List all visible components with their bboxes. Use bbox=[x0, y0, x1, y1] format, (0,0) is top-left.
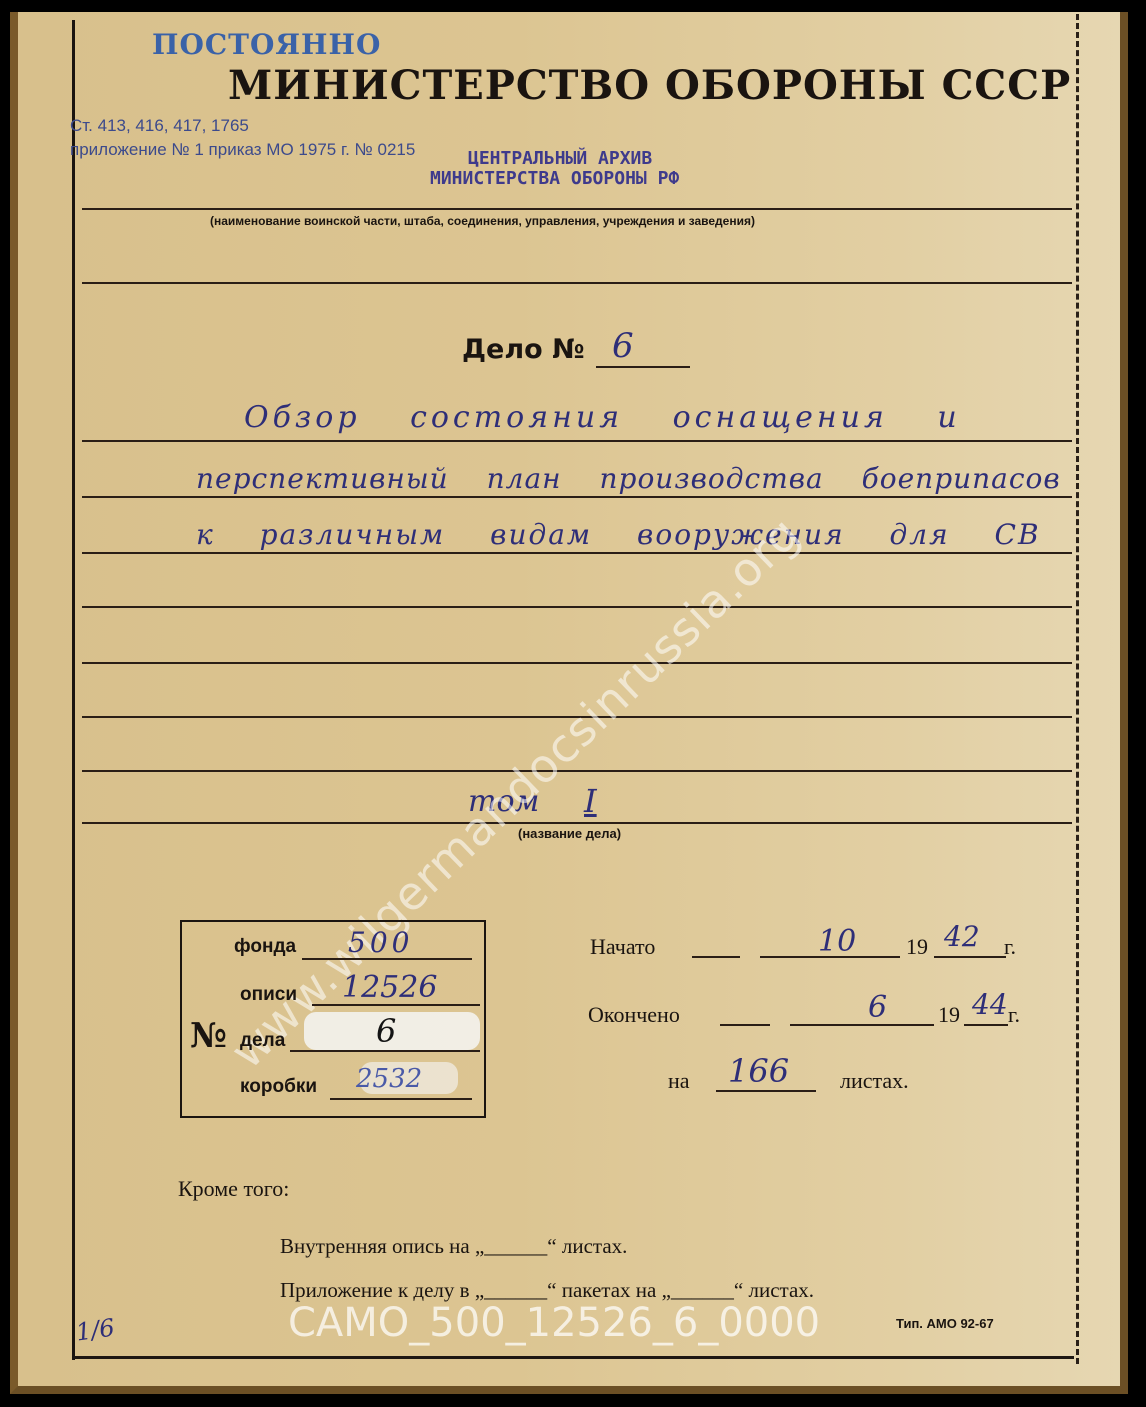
started-year-underline bbox=[934, 956, 1006, 958]
box-value: 2532 bbox=[356, 1064, 422, 1094]
volume-rule bbox=[82, 822, 1072, 824]
file-id-watermark: CAMO_500_12526_6_0000 bbox=[288, 1300, 820, 1346]
delo-underline bbox=[290, 1050, 480, 1052]
ended-year-prefix: 19 bbox=[938, 1002, 960, 1028]
articles-line: Ст. 413, 416, 417, 1765 bbox=[70, 116, 249, 136]
unit-caption: (наименование воинской части, штаба, сое… bbox=[210, 214, 755, 228]
printer-mark: Тип. АМО 92-67 bbox=[896, 1316, 994, 1331]
box-label: коробки bbox=[240, 1076, 317, 1098]
box-underline bbox=[330, 1098, 472, 1100]
title-caption: (название дела) bbox=[518, 826, 621, 841]
internal-inventory-line: Внутренняя опись на „______“ листах. bbox=[280, 1234, 627, 1259]
started-year-prefix: 19 bbox=[906, 934, 928, 960]
title-rule-1 bbox=[82, 440, 1072, 442]
archive-stamp-line1: ЦЕНТРАЛЬНЫЙ АРХИВ bbox=[468, 148, 652, 169]
permanent-stamp: ПОСТОЯННО bbox=[152, 28, 381, 61]
frame-left-border bbox=[72, 20, 75, 1360]
sheets-suffix: листах. bbox=[840, 1068, 909, 1094]
delo-value: 6 bbox=[376, 1012, 396, 1050]
unit-name-rule bbox=[82, 208, 1072, 210]
ended-suffix: г. bbox=[1008, 1002, 1020, 1028]
number-sign: № bbox=[190, 1016, 227, 1056]
rule-2 bbox=[82, 282, 1072, 284]
case-number-value: 6 bbox=[612, 326, 634, 366]
frame-bottom-border bbox=[74, 1356, 1074, 1359]
order-line: приложение № 1 приказ МО 1975 г. № 0215 bbox=[70, 140, 415, 160]
frame-right-dashed-border bbox=[1076, 14, 1079, 1364]
delo-label: дела bbox=[240, 1030, 285, 1052]
started-suffix: г. bbox=[1004, 934, 1016, 960]
ended-year-value: 44 bbox=[972, 988, 1008, 1021]
sheets-underline bbox=[716, 1090, 816, 1092]
case-number-underline bbox=[596, 366, 690, 368]
ended-month-value: 6 bbox=[868, 990, 887, 1025]
case-title-line-1: Обзор состояния оснащения и bbox=[244, 400, 961, 435]
volume-number: I bbox=[584, 782, 597, 820]
started-year-value: 42 bbox=[944, 920, 980, 953]
besides-label: Кроме того: bbox=[178, 1176, 289, 1202]
started-month-value: 10 bbox=[818, 924, 856, 959]
sheets-prefix: на bbox=[668, 1068, 690, 1094]
case-title-line-3: к различным видам вооружения для СВ bbox=[196, 518, 1041, 551]
ministry-title: МИНИСТЕРСТВО ОБОРОНЫ СССР bbox=[228, 62, 1071, 109]
fond-label: фонда bbox=[234, 936, 296, 958]
title-rule-4 bbox=[82, 606, 1072, 608]
margin-note: 1/6 bbox=[74, 1313, 116, 1346]
opis-value: 12526 bbox=[342, 970, 437, 1005]
archive-stamp-line2: МИНИСТЕРСТВА ОБОРОНЫ РФ bbox=[430, 168, 679, 189]
fond-value: 500 bbox=[348, 926, 413, 959]
title-rule-2 bbox=[82, 496, 1072, 498]
case-label: Дело № bbox=[462, 334, 585, 365]
ended-year-underline bbox=[964, 1024, 1008, 1026]
started-label: Начато bbox=[590, 934, 655, 960]
opis-label: описи bbox=[240, 984, 297, 1006]
ended-month-underline bbox=[790, 1024, 934, 1026]
ended-label: Окончено bbox=[588, 1002, 680, 1028]
ended-day-underline bbox=[720, 1024, 770, 1026]
started-day-underline bbox=[692, 956, 740, 958]
case-title-line-2: перспективный план производства боеприпа… bbox=[196, 462, 1061, 495]
sheets-count: 166 bbox=[728, 1052, 789, 1090]
title-rule-5 bbox=[82, 662, 1072, 664]
title-rule-3 bbox=[82, 552, 1072, 554]
